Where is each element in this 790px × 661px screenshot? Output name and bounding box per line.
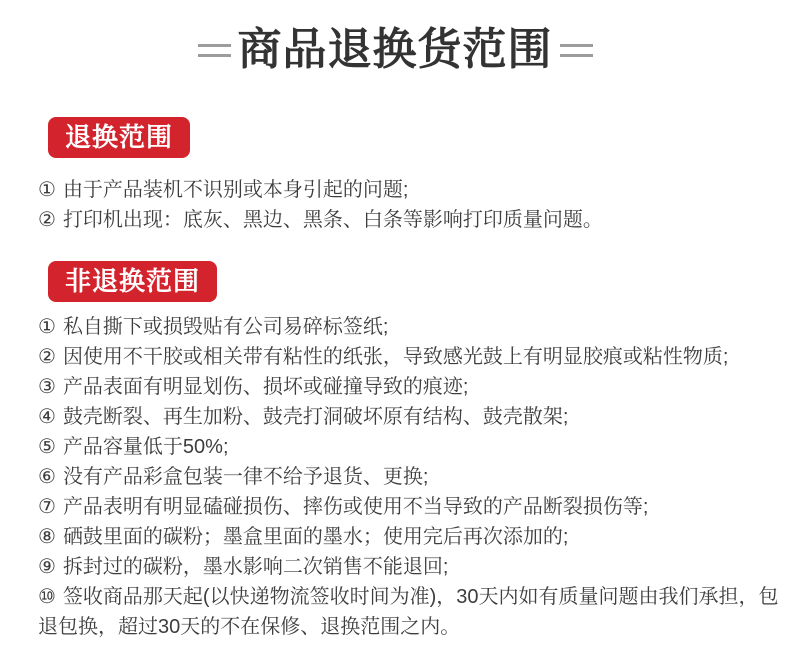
policy-item: ⑨拆封过的碳粉，墨水影响二次销售不能退回; — [38, 552, 780, 582]
item-number: ① — [38, 179, 56, 201]
policy-item: ②因使用不干胶或相关带有粘性的纸张，导致感光鼓上有明显胶痕或粘性物质; — [38, 342, 780, 372]
dash-line — [198, 44, 231, 47]
page-title: 商品退换货范围 — [238, 25, 553, 76]
item-text: 打印机出现：底灰、黑边、黑条、白条等影响打印质量问题。 — [63, 209, 603, 231]
dash-line — [198, 54, 231, 57]
policy-item: ⑤产品容量低于50%; — [38, 432, 780, 462]
policy-item: ②打印机出现：底灰、黑边、黑条、白条等影响打印质量问题。 — [38, 205, 780, 235]
item-number: ⑩ — [38, 586, 56, 608]
item-text: 产品表明有明显磕碰损伤、摔伤或使用不当导致的产品断裂损伤等; — [63, 496, 649, 518]
title-double-dash-right-icon — [560, 44, 593, 57]
item-number: ⑥ — [38, 466, 56, 488]
page-header: 商品退换货范围 — [0, 0, 790, 76]
item-number: ⑧ — [38, 526, 56, 548]
section-return-scope: 退换范围 ①由于产品装机不识别或本身引起的问题; ②打印机出现：底灰、黑边、黑条… — [0, 76, 790, 235]
policy-item: ⑥没有产品彩盒包装一律不给予退货、更换; — [38, 462, 780, 492]
item-text: 产品容量低于50%; — [63, 436, 229, 458]
item-number: ④ — [38, 406, 56, 428]
item-number: ② — [38, 209, 56, 231]
item-number: ⑦ — [38, 496, 56, 518]
section-non-return-scope: 非退换范围 ①私自撕下或损毁贴有公司易碎标签纸; ②因使用不干胶或相关带有粘性的… — [0, 235, 790, 642]
dash-line — [560, 54, 593, 57]
item-text: 签收商品那天起(以快递物流签收时间为准)，30天内如有质量问题由我们承担，包退包… — [38, 586, 779, 638]
policy-item: ①由于产品装机不识别或本身引起的问题; — [38, 175, 780, 205]
item-text: 因使用不干胶或相关带有粘性的纸张，导致感光鼓上有明显胶痕或粘性物质; — [63, 346, 729, 368]
item-number: ① — [38, 316, 56, 338]
policy-item: ③产品表面有明显划伤、损坏或碰撞导致的痕迹; — [38, 372, 780, 402]
return-scope-list: ①由于产品装机不识别或本身引起的问题; ②打印机出现：底灰、黑边、黑条、白条等影… — [38, 175, 780, 235]
return-scope-badge: 退换范围 — [48, 117, 190, 158]
item-text: 鼓壳断裂、再生加粉、鼓壳打洞破坏原有结构、鼓壳散架; — [63, 406, 569, 428]
policy-item: ①私自撕下或损毁贴有公司易碎标签纸; — [38, 312, 780, 342]
item-text: 拆封过的碳粉，墨水影响二次销售不能退回; — [63, 556, 449, 578]
item-text: 硒鼓里面的碳粉；墨盒里面的墨水；使用完后再次添加的; — [63, 526, 569, 548]
dash-line — [560, 44, 593, 47]
item-number: ⑨ — [38, 556, 56, 578]
non-return-scope-list: ①私自撕下或损毁贴有公司易碎标签纸; ②因使用不干胶或相关带有粘性的纸张，导致感… — [38, 312, 780, 642]
non-return-scope-badge: 非退换范围 — [48, 261, 217, 302]
item-text: 没有产品彩盒包装一律不给予退货、更换; — [63, 466, 429, 488]
item-text: 产品表面有明显划伤、损坏或碰撞导致的痕迹; — [63, 376, 469, 398]
item-number: ③ — [38, 376, 56, 398]
policy-item: ⑩签收商品那天起(以快递物流签收时间为准)，30天内如有质量问题由我们承担，包退… — [38, 582, 780, 642]
policy-item: ⑦产品表明有明显磕碰损伤、摔伤或使用不当导致的产品断裂损伤等; — [38, 492, 780, 522]
policy-item: ④鼓壳断裂、再生加粉、鼓壳打洞破坏原有结构、鼓壳散架; — [38, 402, 780, 432]
item-number: ⑤ — [38, 436, 56, 458]
return-policy-page: 商品退换货范围 退换范围 ①由于产品装机不识别或本身引起的问题; ②打印机出现：… — [0, 0, 790, 661]
policy-item: ⑧硒鼓里面的碳粉；墨盒里面的墨水；使用完后再次添加的; — [38, 522, 780, 552]
item-text: 私自撕下或损毁贴有公司易碎标签纸; — [63, 316, 389, 338]
item-number: ② — [38, 346, 56, 368]
title-double-dash-left-icon — [198, 44, 231, 57]
item-text: 由于产品装机不识别或本身引起的问题; — [63, 179, 409, 201]
